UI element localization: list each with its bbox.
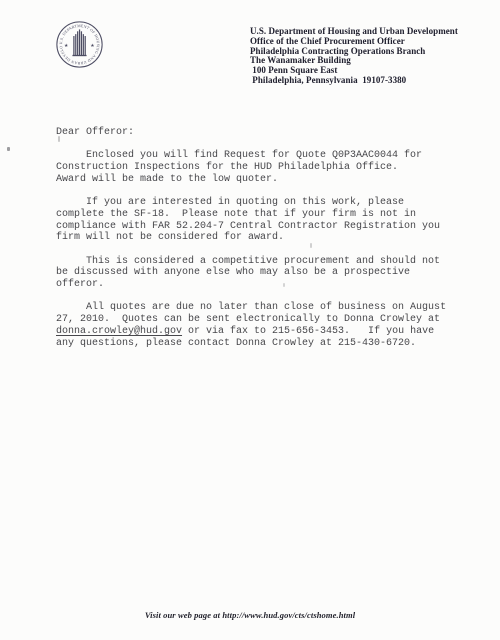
building-icon [72, 29, 86, 56]
body-line-rest: or via fax to 215-656-3453. If you have [182, 326, 434, 337]
body-line-with-email: donna.crowley@hud.gov or via fax to 215-… [56, 326, 446, 338]
letter-body: Dear Offeror: Enclosed you will find Req… [56, 127, 446, 349]
svg-text:★: ★ [64, 43, 69, 49]
letterhead-block: U.S. Department of Housing and Urban Dev… [250, 27, 458, 86]
email-address: donna.crowley@hud.gov [56, 326, 182, 337]
letterhead-line-city: Philadelphia, Pennsylvania 19107-3380 [250, 76, 458, 86]
body-line: If you are interested in quoting on this… [56, 197, 446, 209]
body-line: complete the SF-18. Please note that if … [56, 209, 446, 221]
salutation: Dear Offeror: [56, 127, 446, 139]
scan-artifact [7, 147, 10, 151]
paragraph-competitive: This is considered a competitive procure… [56, 256, 446, 291]
paragraph-sf18: If you are interested in quoting on this… [56, 197, 446, 244]
paragraph-due-date: All quotes are due no later than close o… [56, 302, 446, 349]
scan-artifact [283, 283, 285, 287]
body-line: any questions, please contact Donna Crow… [56, 338, 446, 350]
body-line: 27, 2010. Quotes can be sent electronica… [56, 314, 446, 326]
scan-artifact [58, 136, 60, 142]
body-line: offeror. [56, 279, 446, 291]
body-line: All quotes are due no later than close o… [56, 302, 446, 314]
body-line: be discussed with anyone else who may al… [56, 267, 446, 279]
body-line: firm will not be considered for award. [56, 232, 446, 244]
body-line: compliance with FAR 52.204-7 Central Con… [56, 221, 446, 233]
body-line: Construction Inspections for the HUD Phi… [56, 162, 446, 174]
scan-artifact [310, 243, 312, 248]
hud-seal-icon: U.S. DEPARTMENT OF HOUSING AND URBAN DEV… [55, 20, 104, 69]
svg-text:★: ★ [90, 43, 95, 49]
body-line: Award will be made to the low quoter. [56, 174, 446, 186]
body-line: Enclosed you will find Request for Quote… [56, 150, 446, 162]
body-line: This is considered a competitive procure… [56, 256, 446, 268]
scan-artifact [335, 320, 337, 322]
footer-web-note: Visit our web page at http://www.hud.gov… [0, 610, 500, 620]
scanned-letter-page: U.S. DEPARTMENT OF HOUSING AND URBAN DEV… [0, 0, 500, 640]
paragraph-enclosed: Enclosed you will find Request for Quote… [56, 150, 446, 185]
